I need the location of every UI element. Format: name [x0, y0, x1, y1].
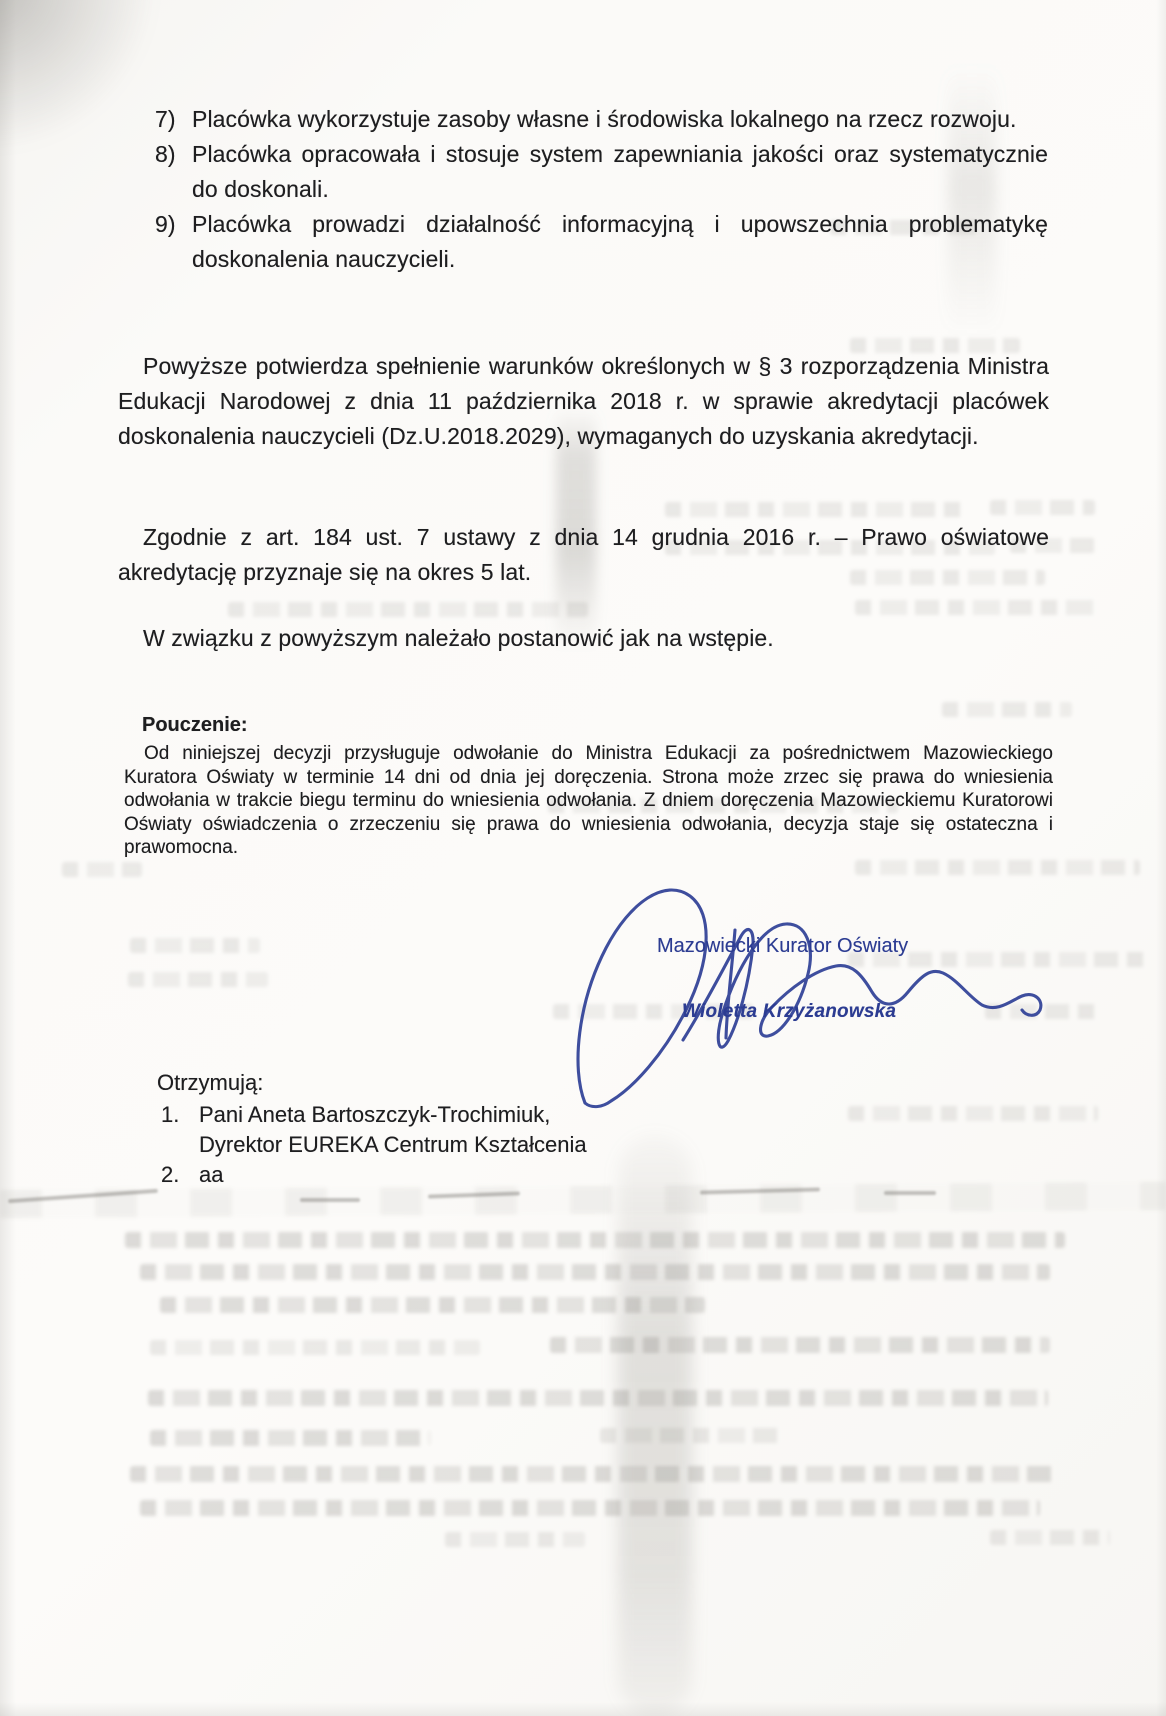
appeal-instruction-heading: Pouczenie: [142, 712, 1053, 738]
crease-streak [618, 1135, 692, 1716]
bleedthrough-text [445, 1532, 585, 1547]
recipient-row: 1. Pani Aneta Bartoszczyk-Trochimiuk, Dy… [157, 1100, 757, 1160]
conditions-list: 7) Placówka wykorzystuje zasoby własne i… [155, 102, 1048, 277]
list-item: 8) Placówka opracowała i stosuje system … [155, 137, 1048, 207]
bleedthrough-text [150, 1430, 430, 1446]
bleedthrough-text [62, 862, 142, 877]
recipients-heading: Otrzymują: [157, 1068, 757, 1098]
recipient-number: 1. [157, 1100, 199, 1160]
bleedthrough-text [128, 972, 268, 987]
bleedthrough-text [228, 602, 588, 617]
crease-mark [8, 1189, 158, 1203]
crease-mark [428, 1191, 520, 1198]
bottom-edge-shadow [0, 1702, 1166, 1716]
bleedthrough-text [130, 938, 260, 953]
bleedthrough-text [140, 1500, 1040, 1516]
crease-mark [300, 1198, 360, 1202]
bleedthrough-text [990, 1530, 1110, 1545]
bleedthrough-text [550, 1337, 1050, 1353]
recipient-note: aa [199, 1160, 223, 1190]
paragraph-conclusion: W związku z powyższym należało postanowi… [118, 621, 1049, 656]
signer-name: Wioletta Krzyżanowska [682, 1000, 896, 1023]
scanned-document-page: 7) Placówka wykorzystuje zasoby własne i… [0, 0, 1166, 1716]
bleedthrough-text [150, 1340, 480, 1355]
recipient-row: 2. aa [157, 1160, 757, 1190]
list-item-number: 7) [155, 102, 192, 137]
list-item: 9) Placówka prowadzi działalność informa… [155, 207, 1048, 277]
right-edge-shadow [1156, 0, 1166, 1716]
bleedthrough-text [125, 1232, 1065, 1248]
list-item: 7) Placówka wykorzystuje zasoby własne i… [155, 102, 1048, 137]
crease-mark [884, 1191, 936, 1195]
appeal-instruction-body: Od niniejszej decyzji przysługuje odwoła… [124, 742, 1053, 860]
list-item-number: 9) [155, 207, 192, 277]
bleedthrough-text [990, 500, 1095, 515]
list-item-text: Placówka wykorzystuje zasoby własne i śr… [192, 102, 1048, 137]
signer-title: Mazowiecki Kurator Oświaty [657, 934, 908, 958]
bleedthrough-text [140, 1264, 1050, 1280]
bleedthrough-text [665, 502, 965, 517]
list-item-text: Placówka opracowała i stosuje system zap… [192, 137, 1048, 207]
bleedthrough-text [855, 600, 1095, 615]
recipient-name: Pani Aneta Bartoszczyk-Trochimiuk, [199, 1100, 587, 1130]
paragraph-accreditation-period: Zgodnie z art. 184 ust. 7 ustawy z dnia … [118, 520, 1049, 590]
left-edge-shadow [0, 0, 16, 1716]
bleedthrough-text [600, 1428, 780, 1443]
recipient-number: 2. [157, 1160, 199, 1190]
appeal-instruction-section: Pouczenie: Od niniejszej decyzji przysłu… [124, 712, 1053, 860]
list-item-text: Placówka prowadzi działalność informacyj… [192, 207, 1048, 277]
recipients-section: Otrzymują: 1. Pani Aneta Bartoszczyk-Tro… [157, 1068, 757, 1190]
paragraph-legal-basis: Powyższe potwierdza spełnienie warunków … [118, 349, 1049, 454]
bleedthrough-text [148, 1390, 1048, 1406]
list-item-number: 8) [155, 137, 192, 207]
bleedthrough-text [130, 1466, 1055, 1482]
recipient-role: Dyrektor EUREKA Centrum Kształcenia [199, 1130, 587, 1160]
corner-fold-shadow [0, 0, 180, 175]
recipient-details: Pani Aneta Bartoszczyk-Trochimiuk, Dyrek… [199, 1100, 587, 1160]
bleedthrough-text [160, 1297, 705, 1313]
recipient-details: aa [199, 1160, 223, 1190]
